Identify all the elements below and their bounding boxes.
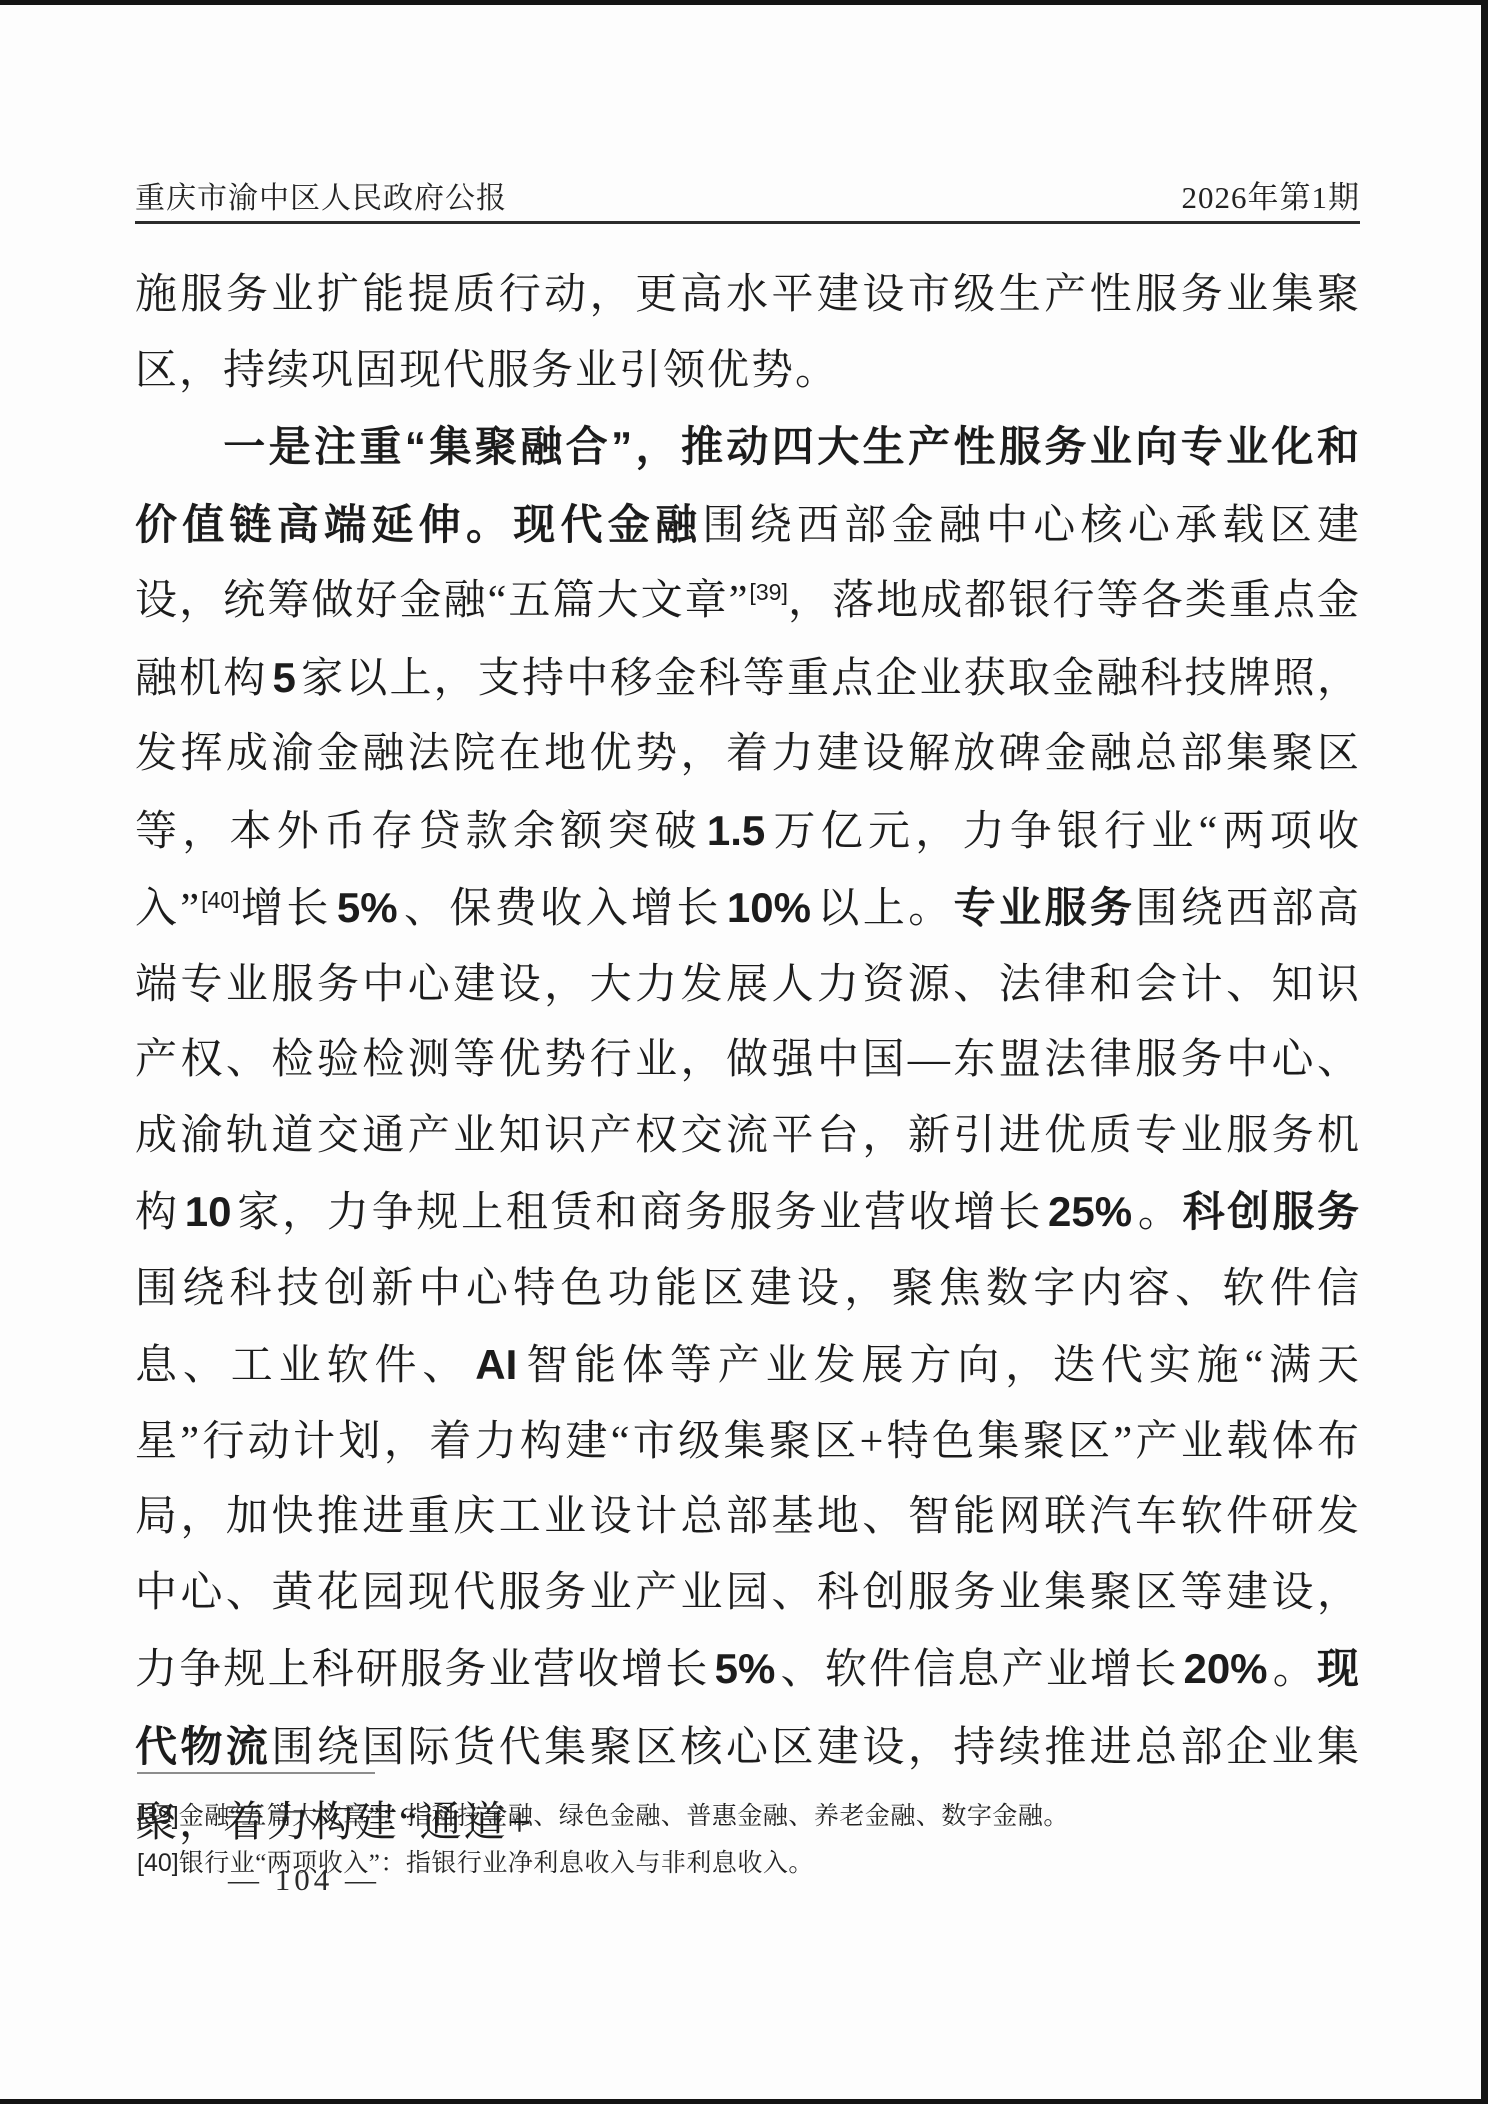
footnote-ref: [39] xyxy=(749,579,788,605)
page-header: 重庆市渝中区人民政府公报 2026年第1期 xyxy=(135,172,1360,217)
text-run: 。 xyxy=(1273,1647,1317,1693)
text-run: 5% xyxy=(337,884,398,931)
text-run: 家，力争规上租赁和商务服务业营收增长 xyxy=(237,1190,1043,1236)
text-run: 25% xyxy=(1048,1188,1132,1235)
scan-edge-top xyxy=(0,0,1488,5)
text-run: 增长 xyxy=(240,886,332,932)
text-run: 科创服务 xyxy=(1183,1188,1361,1235)
publication-title: 重庆市渝中区人民政府公报 xyxy=(135,173,507,217)
text-run: 、软件信息产业增长 xyxy=(780,1647,1178,1693)
scan-edge-right xyxy=(1481,0,1488,2104)
page-number: — 104 — xyxy=(228,1862,380,1898)
text-run: 围绕西部高端专业服务中心建设，大力发展人力资源、法律和会计、知识产权、检验检测等… xyxy=(135,886,1361,1236)
text-run: 以上。 xyxy=(816,886,954,932)
text-run: 智能体等产业发展方向，迭代实施“满天星”行动计划，着力构建“市级集聚区+特色集聚… xyxy=(135,1343,1361,1693)
document-body: 施服务业扩能提质行动，更高水平建设市级生产性服务业集聚区，持续巩固现代服务业引领… xyxy=(135,258,1361,1862)
text-run: 、保费收入增长 xyxy=(403,886,722,932)
text-run: 10 xyxy=(185,1188,232,1235)
footnote-marker: [40] xyxy=(137,1849,179,1877)
text-run: 5% xyxy=(715,1645,776,1692)
text-run: 5 xyxy=(273,654,296,701)
text-run: 20% xyxy=(1183,1645,1267,1692)
footnote-item: [39]金融“五篇大文章”：指科技金融、绿色金融、普惠金融、养老金融、数字金融。 xyxy=(137,1793,1363,1840)
footnote-ref: [40] xyxy=(201,887,240,913)
header-rule xyxy=(135,221,1360,224)
gazette-page: 重庆市渝中区人民政府公报 2026年第1期 施服务业扩能提质行动，更高水平建设市… xyxy=(0,0,1488,2104)
text-run: 10% xyxy=(727,884,811,931)
text-run: 。 xyxy=(1137,1190,1183,1236)
scan-edge-bottom xyxy=(0,2099,1488,2104)
issue-label: 2026年第1期 xyxy=(1182,172,1361,217)
footnote-separator xyxy=(137,1772,375,1774)
text-run: 专业服务 xyxy=(954,884,1136,931)
footnote-marker: [39] xyxy=(137,1802,179,1830)
text-run: AI xyxy=(475,1341,517,1388)
text-run: 现代金融 xyxy=(513,501,702,548)
text-run: 施服务业扩能提质行动，更高水平建设市级生产性服务业集聚区，持续巩固现代服务业引领… xyxy=(135,272,1361,394)
text-run: 1.5 xyxy=(707,807,765,854)
footnote-text: 金融“五篇大文章”：指科技金融、绿色金融、普惠金融、养老金融、数字金融。 xyxy=(179,1803,1069,1830)
paragraph: 施服务业扩能提质行动，更高水平建设市级生产性服务业集聚区，持续巩固现代服务业引领… xyxy=(135,258,1361,409)
paragraph: 一是注重“集聚融合”，推动四大生产性服务业向专业化和价值链高端延伸。现代金融围绕… xyxy=(135,409,1361,1862)
